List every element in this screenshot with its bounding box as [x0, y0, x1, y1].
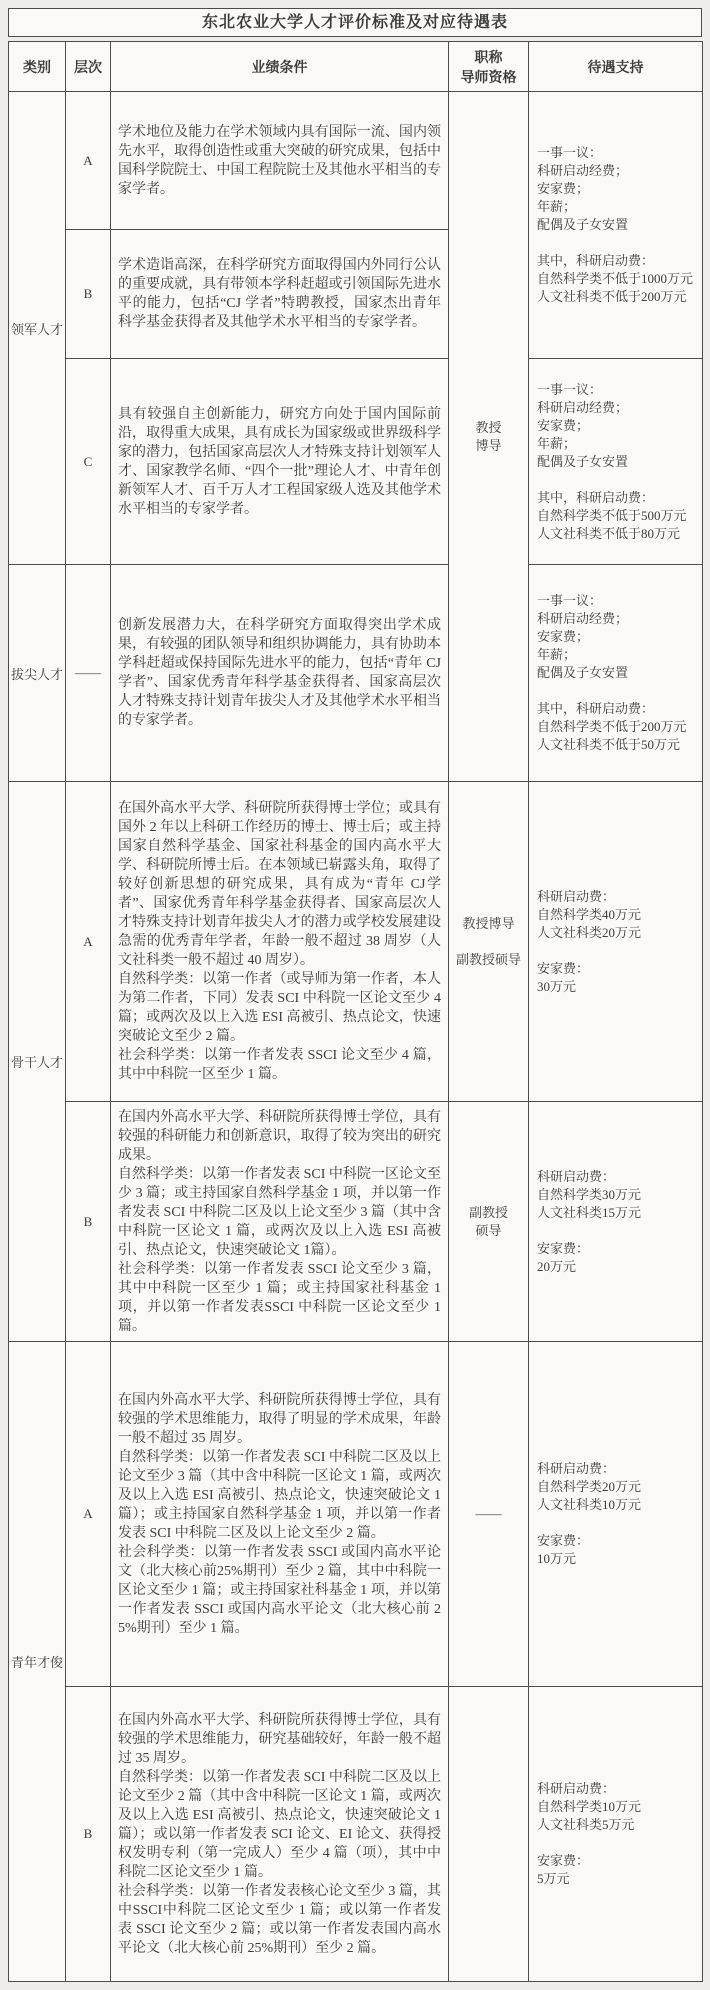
cell-qualification — [449, 1687, 529, 1982]
cell-category-top-talent: 拔尖人才 — [9, 565, 66, 782]
table-row: 领军人才 A 学术地位及能力在学术领域内具有国际一流、国内领先水平，取得创造性或… — [9, 92, 703, 230]
cell-treatment: 一事一议： 科研启动经费； 安家费； 年薪； 配偶及子女安置 其中，科研启动费：… — [529, 359, 703, 565]
cell-treatment: 科研启动费： 自然科学类10万元 人文社科类5万元 安家费： 5万元 — [529, 1687, 703, 1982]
cell-level: —— — [66, 565, 111, 782]
col-header-treatment: 待遇支持 — [529, 42, 703, 92]
cell-treatment: 科研启动费： 自然科学类40万元 人文社科类20万元 安家费： 30万元 — [529, 782, 703, 1102]
cell-level: C — [66, 359, 111, 565]
talent-evaluation-table: 类别 层次 业绩条件 职称 导师资格 待遇支持 领军人才 A 学术地位及能力在学… — [8, 41, 703, 1982]
cell-condition: 在国内外高水平大学、科研院所获得博士学位，具有较强的学术思维能力，研究基础较好，… — [111, 1687, 449, 1982]
page-title: 东北农业大学人才评价标准及对应待遇表 — [8, 8, 702, 37]
cell-treatment: 科研启动费： 自然科学类30万元 人文社科类15万元 安家费： 20万元 — [529, 1102, 703, 1342]
cell-level: B — [66, 1687, 111, 1982]
col-header-condition: 业绩条件 — [111, 42, 449, 92]
cell-condition: 在国内外高水平大学、科研院所获得博士学位，具有较强的科研能力和创新意识，取得了较… — [111, 1102, 449, 1342]
cell-treatment: 一事一议： 科研启动经费； 安家费； 年薪； 配偶及子女安置 其中，科研启动费：… — [529, 565, 703, 782]
col-header-qualification: 职称 导师资格 — [449, 42, 529, 92]
cell-condition: 具有较强自主创新能力，研究方向处于国内国际前沿，取得重大成果，具有成长为国家级或… — [111, 359, 449, 565]
document-page: 东北农业大学人才评价标准及对应待遇表 类别 层次 业绩条件 职称 导师资格 待遇… — [0, 0, 710, 1990]
table-row: C 具有较强自主创新能力，研究方向处于国内国际前沿，取得重大成果，具有成长为国家… — [9, 359, 703, 565]
cell-category-young-talent: 青年才俊 — [9, 1342, 66, 1982]
cell-level: B — [66, 1102, 111, 1342]
cell-qualification: 副教授 硕导 — [449, 1102, 529, 1342]
cell-condition: 创新发展潜力大，在科学研究方面取得突出学术成果，有较强的团队领导和组织协调能力，… — [111, 565, 449, 782]
table-row: B 在国内外高水平大学、科研院所获得博士学位，具有较强的科研能力和创新意识，取得… — [9, 1102, 703, 1342]
table-row: B 在国内外高水平大学、科研院所获得博士学位，具有较强的学术思维能力，研究基础较… — [9, 1687, 703, 1982]
col-header-category: 类别 — [9, 42, 66, 92]
cell-condition: 在国外高水平大学、科研院所获得博士学位；或具有国外 2 年以上科研工作经历的博士… — [111, 782, 449, 1102]
cell-level: A — [66, 782, 111, 1102]
header-row: 类别 层次 业绩条件 职称 导师资格 待遇支持 — [9, 42, 703, 92]
table-row: 拔尖人才 —— 创新发展潜力大，在科学研究方面取得突出学术成果，有较强的团队领导… — [9, 565, 703, 782]
cell-treatment: 科研启动费： 自然科学类20万元 人文社科类10万元 安家费： 10万元 — [529, 1342, 703, 1687]
cell-qualification: 教授 博导 — [449, 92, 529, 782]
col-header-level: 层次 — [66, 42, 111, 92]
cell-category-backbone-talent: 骨干人才 — [9, 782, 66, 1342]
cell-treatment: 一事一议： 科研启动经费； 安家费； 年薪； 配偶及子女安置 其中，科研启动费：… — [529, 92, 703, 359]
cell-level: A — [66, 1342, 111, 1687]
cell-qualification: —— — [449, 1342, 529, 1687]
table-row: 骨干人才 A 在国外高水平大学、科研院所获得博士学位；或具有国外 2 年以上科研… — [9, 782, 703, 1102]
cell-category-leading-talent: 领军人才 — [9, 92, 66, 565]
cell-condition: 学术造诣高深，在科学研究方面取得国内外同行公认的重要成就，具有带领本学科赶超或引… — [111, 230, 449, 359]
cell-condition: 学术地位及能力在学术领域内具有国际一流、国内领先水平，取得创造性或重大突破的研究… — [111, 92, 449, 230]
table-row: 青年才俊 A 在国内外高水平大学、科研院所获得博士学位，具有较强的学术思维能力，… — [9, 1342, 703, 1687]
cell-level: B — [66, 230, 111, 359]
cell-level: A — [66, 92, 111, 230]
cell-condition: 在国内外高水平大学、科研院所获得博士学位，具有较强的学术思维能力，取得了明显的学… — [111, 1342, 449, 1687]
cell-qualification: 教授博导 副教授硕导 — [449, 782, 529, 1102]
